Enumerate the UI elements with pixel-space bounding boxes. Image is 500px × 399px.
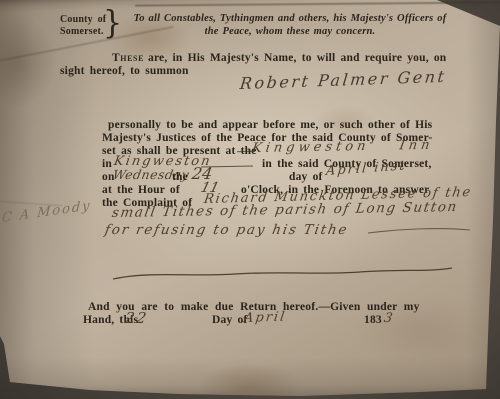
body-line5-printed-c: day of [289,171,323,183]
handwritten-footer-day: 22 [123,309,149,327]
body-line4-printed-a: in [102,158,112,170]
address-line1: To all Constables, Tythingmen and others… [125,13,455,24]
body-line6-printed-a: at the Hour of [102,184,180,196]
brace-glyph: } [103,5,122,42]
summons-line2: sight hereof, to summon [60,65,189,77]
body-line1: personally to be and appear before me, o… [108,119,432,131]
summons-line1-rest: are, in His Majesty's Name, to will and … [148,52,446,64]
address-line2: the Peace, whom these may concern. [125,26,455,37]
summons-these-word: These [112,52,144,64]
footer-printed-year: 183 [364,314,382,326]
summons-line1: Theseare, in His Majesty's Name, to will… [112,52,446,64]
handwritten-reason-line: for refusing to pay his Tithe [104,222,350,238]
photograph-of-summons-document: County of Somerset. } To all Constables,… [0,0,500,399]
body-line5-printed-b: the [172,171,188,183]
handwritten-place: Kingweston Inn [251,138,435,156]
county-label-line2: Somerset. [60,26,104,37]
handwritten-footer-month: April [243,309,287,326]
county-label-line1: County of [60,14,106,25]
